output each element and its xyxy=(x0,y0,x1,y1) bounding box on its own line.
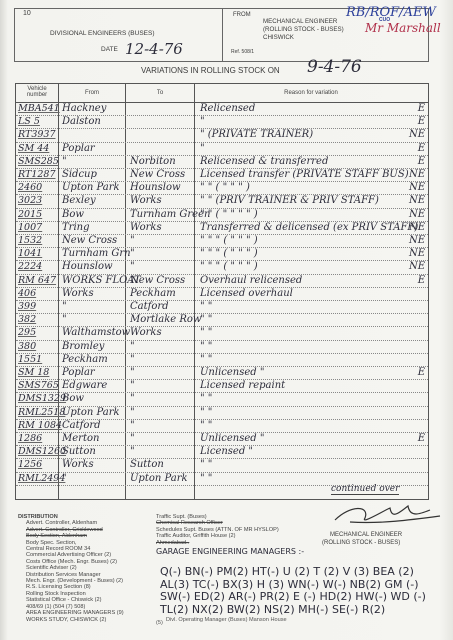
table-row: 1286Merton"Unlicensed "E xyxy=(16,432,428,446)
page-title: VARIATIONS IN ROLLING STOCK ON xyxy=(141,66,280,75)
reason: Licensed " xyxy=(200,445,400,458)
reason: Transferred & delicensed (ex PRIV STAFF) xyxy=(200,221,400,234)
reason: Licensed overhaul xyxy=(200,287,400,300)
from-location: Upton Park xyxy=(62,406,128,419)
table-row: 2015BowTurnham Green" " ( " " " " )NE xyxy=(16,208,428,222)
table-row: 3023BexleyWorks" " (PRIV TRAINER & PRIV … xyxy=(16,194,428,208)
classification xyxy=(403,458,425,471)
table-row: SMS765Edgware"Licensed repaint xyxy=(16,379,428,393)
table-row: 295WalthamstowWorks" " xyxy=(16,326,428,340)
garage-heading: GARAGE ENGINEERING MANAGERS :- xyxy=(156,547,304,557)
reason: Unlicensed " xyxy=(200,432,400,445)
col-reason: Reason for variation xyxy=(196,90,426,96)
from-line3: CHISWICK xyxy=(263,34,294,41)
from-location: Poplar xyxy=(62,366,128,379)
to-location: Works xyxy=(130,326,196,339)
to-location xyxy=(130,115,196,128)
table-row: 1007TringWorksTransferred & delicensed (… xyxy=(16,221,428,235)
from-location: " xyxy=(62,300,128,313)
reason: " " " ( " " " ) xyxy=(200,260,400,273)
table-row: 1041Turnham Grn"" " " ( " " " )NE xyxy=(16,247,428,261)
table-row: 399"Catford" " xyxy=(16,300,428,314)
reason: " " ( " " " " ) xyxy=(200,208,400,221)
classification xyxy=(403,300,425,313)
header-divider xyxy=(222,9,223,61)
from-location: Walthamstow xyxy=(62,326,128,339)
to-location: Turnham Green xyxy=(130,208,196,221)
to-location: Norbiton xyxy=(130,155,196,168)
table-row: 382"Mortlake Row" " xyxy=(16,313,428,327)
table-row: RT3937" (PRIVATE TRAINER)NE xyxy=(16,128,428,142)
classification: NE xyxy=(403,234,425,247)
vehicle-number: RML2494 xyxy=(18,472,58,485)
vehicle-number: 2015 xyxy=(18,208,58,221)
reason: Licensed transfer (PRIVATE STAFF BUS) xyxy=(200,168,400,181)
variations-table: Vehicle number From To Reason for variat… xyxy=(15,83,429,500)
table-row: LS 5Dalston"E xyxy=(16,115,428,129)
to-location: Works xyxy=(130,221,196,234)
classification: NE xyxy=(403,221,425,234)
distribution-left: DISTRIBUTION Advert. Controller, Aldenha… xyxy=(18,514,124,623)
classification xyxy=(403,392,425,405)
from-location xyxy=(62,128,128,141)
vehicle-number: RT1287 xyxy=(18,168,58,181)
distribution-item: AREA ENGINEERING MANAGERS (9) xyxy=(26,610,124,616)
to-location: Hounslow xyxy=(130,181,196,194)
vehicle-number: 382 xyxy=(18,313,58,326)
from-location: Tring xyxy=(62,221,128,234)
from-location: Dalston xyxy=(62,115,128,128)
from-location: Works xyxy=(62,287,128,300)
garage-line: Q(-) BN(-) PM(2) HT(-) U (2) T (2) V (3)… xyxy=(160,566,426,579)
reason: " " xyxy=(200,326,400,339)
reason: Relicensed & transferred xyxy=(200,155,400,168)
classification xyxy=(403,353,425,366)
from-location: Merton xyxy=(62,432,128,445)
table-row: MBA541HackneyRelicensedE xyxy=(16,102,428,116)
div-operating-manager: Divl. Operating Manager (Buses) Manson H… xyxy=(166,617,287,623)
from-location: Turnham Grn xyxy=(62,247,128,260)
to-location: Sutton xyxy=(130,458,196,471)
to-location: Peckham xyxy=(130,287,196,300)
reason: " " xyxy=(200,458,400,471)
vehicle-number: DMS1329 xyxy=(18,392,58,405)
distribution-item: Commercial Advertising Officer (2) xyxy=(26,552,124,558)
recipient: DIVISIONAL ENGINEERS (BUSES) xyxy=(50,30,155,37)
reason: " " xyxy=(200,353,400,366)
reason: " xyxy=(200,142,400,155)
table-row: SM 44Poplar"E xyxy=(16,142,428,156)
to-location: " xyxy=(130,432,196,445)
table-header: Vehicle number From To Reason for variat… xyxy=(16,84,428,103)
table-row: RT1287SidcupNew CrossLicensed transfer (… xyxy=(16,168,428,182)
classification: E xyxy=(403,142,425,155)
classification: NE xyxy=(403,208,425,221)
to-location: Mortlake Row xyxy=(130,313,196,326)
table-row: 2460Upton ParkHounslow" " ( " " " )NE xyxy=(16,181,428,195)
classification xyxy=(403,406,425,419)
vehicle-number: SMS285 xyxy=(18,155,58,168)
to-location xyxy=(130,142,196,155)
vehicle-number: 2460 xyxy=(18,181,58,194)
vehicle-number: MBA541 xyxy=(18,102,58,115)
table-row: 1532New Cross"" " " ( " " " )NE xyxy=(16,234,428,248)
form-number: 10 xyxy=(23,10,31,17)
vehicle-number: SM 44 xyxy=(18,142,58,155)
from-location: Bromley xyxy=(62,340,128,353)
garage-managers-list: Q(-) BN(-) PM(2) HT(-) U (2) T (2) V (3)… xyxy=(160,566,426,616)
table-row: RM 1084Catford"" " xyxy=(16,419,428,433)
vehicle-number: RML2518 xyxy=(18,406,58,419)
classification xyxy=(403,419,425,432)
reason: Relicensed xyxy=(200,102,400,115)
from-location: Sidcup xyxy=(62,168,128,181)
table-row: SM 18Poplar"Unlicensed "E xyxy=(16,366,428,380)
to-location: New Cross xyxy=(130,168,196,181)
to-location: New Cross xyxy=(130,274,196,287)
classification xyxy=(403,287,425,300)
classification xyxy=(403,472,425,485)
to-location: " xyxy=(130,392,196,405)
vehicle-number: RM 1084 xyxy=(18,419,58,432)
routing-annotation: RB/ROF/AEW xyxy=(346,5,436,20)
vehicle-number: 2224 xyxy=(18,260,58,273)
addressee-annotation: Mr Marshall xyxy=(365,21,441,35)
table-row: DMS1329Bow"" " xyxy=(16,392,428,406)
classification: E xyxy=(403,102,425,115)
to-location: Works xyxy=(130,194,196,207)
reason: " (PRIVATE TRAINER) xyxy=(200,128,400,141)
col-vehicle-number: Vehicle number xyxy=(20,86,54,98)
to-location: Catford xyxy=(130,300,196,313)
col-to: To xyxy=(127,90,193,96)
classification: E xyxy=(403,274,425,287)
from-location: Hackney xyxy=(62,102,128,115)
to-location: " xyxy=(130,379,196,392)
from-location: Poplar xyxy=(62,142,128,155)
continued-note: continued over xyxy=(331,484,399,495)
reason: " " xyxy=(200,313,400,326)
reason: " xyxy=(200,115,400,128)
classification xyxy=(403,340,425,353)
table-row: 1551Peckham"" " xyxy=(16,353,428,367)
distribution-right: Traffic Supt. (Buses)Chemical Research O… xyxy=(156,514,304,557)
from-location: Works xyxy=(62,458,128,471)
distribution-item: WORKS STUDY, CHISWICK (2) xyxy=(26,617,124,623)
from-location: Catford xyxy=(62,419,128,432)
to-location: " xyxy=(130,406,196,419)
from-location: New Cross xyxy=(62,234,128,247)
garage-line: SW(-) ED(2) AR(-) PR(2) E (-) HD(2) HW(-… xyxy=(160,591,426,604)
classification xyxy=(403,379,425,392)
table-row: 2224Hounslow"" " " ( " " " )NE xyxy=(16,260,428,274)
table-row: 406WorksPeckhamLicensed overhaul xyxy=(16,287,428,301)
reason: " " xyxy=(200,472,400,485)
table-row: 1256WorksSutton" " xyxy=(16,458,428,472)
signature-line1: MECHANICAL ENGINEER xyxy=(330,532,402,538)
vehicle-number: 295 xyxy=(18,326,58,339)
vehicle-number: SM 18 xyxy=(18,366,58,379)
vehicle-number: SMS765 xyxy=(18,379,58,392)
classification: NE xyxy=(403,194,425,207)
header-box: 10 DIVISIONAL ENGINEERS (BUSES) DATE 12-… xyxy=(14,8,429,62)
from-location: " xyxy=(62,313,128,326)
reason: " " xyxy=(200,300,400,313)
table-row: SMS285"NorbitonRelicensed & transferredE xyxy=(16,155,428,169)
from-location: Bexley xyxy=(62,194,128,207)
issue-date: 12-4-76 xyxy=(125,40,183,58)
from-line2: (ROLLING STOCK - BUSES) xyxy=(263,26,344,33)
vehicle-number: 3023 xyxy=(18,194,58,207)
to-location xyxy=(130,128,196,141)
reason: " " xyxy=(200,406,400,419)
to-location: " xyxy=(130,260,196,273)
to-location: " xyxy=(130,234,196,247)
from-line1: MECHANICAL ENGINEER xyxy=(263,18,337,25)
from-location: Bow xyxy=(62,392,128,405)
signature-line2: (ROLLING STOCK - BUSES) xyxy=(322,540,400,546)
signature-scribble xyxy=(330,500,450,530)
to-location: " xyxy=(130,247,196,260)
reason: " " xyxy=(200,419,400,432)
to-location: " xyxy=(130,340,196,353)
from-location: Edgware xyxy=(62,379,128,392)
reason: " " ( " " " ) xyxy=(200,181,400,194)
vehicle-number: RT3937 xyxy=(18,128,58,141)
reason: " " xyxy=(200,340,400,353)
distribution-item: Ahmedabad.. xyxy=(156,540,304,546)
reason: Overhaul relicensed xyxy=(200,274,400,287)
vehicle-number: 1286 xyxy=(18,432,58,445)
classification xyxy=(403,445,425,458)
classification: NE xyxy=(403,168,425,181)
to-location: Upton Park xyxy=(130,472,196,485)
to-location: " xyxy=(130,445,196,458)
vehicle-number: 1532 xyxy=(18,234,58,247)
reference: Ref. 508/1 xyxy=(231,49,254,55)
from-location: Sutton xyxy=(62,445,128,458)
document-page: 10 DIVISIONAL ENGINEERS (BUSES) DATE 12-… xyxy=(0,0,453,640)
to-location: " xyxy=(130,419,196,432)
from-location: " xyxy=(62,472,128,485)
garage-line: TL(2) NX(2) BW(2) NS(2) MH(-) SE(-) R(2) xyxy=(160,604,426,617)
vehicle-number: 380 xyxy=(18,340,58,353)
reason: Unlicensed " xyxy=(200,366,400,379)
to-location: " xyxy=(130,353,196,366)
from-label: FROM xyxy=(233,12,251,18)
classification: NE xyxy=(403,247,425,260)
to-location xyxy=(130,102,196,115)
table-row: RM 647WORKS FLOATNew CrossOverhaul relic… xyxy=(16,274,428,288)
classification xyxy=(403,313,425,326)
div-operating-count: (5) xyxy=(156,620,163,626)
vehicle-number: 1551 xyxy=(18,353,58,366)
vehicle-number: 399 xyxy=(18,300,58,313)
reason: " " (PRIV TRAINER & PRIV STAFF) xyxy=(200,194,400,207)
classification: NE xyxy=(403,181,425,194)
reason: " " " ( " " " ) xyxy=(200,247,400,260)
to-location: " xyxy=(130,366,196,379)
vehicle-number: 1007 xyxy=(18,221,58,234)
variation-date: 9-4-76 xyxy=(307,57,362,77)
from-location: Peckham xyxy=(62,353,128,366)
date-label: DATE xyxy=(101,46,118,53)
classification: E xyxy=(403,155,425,168)
classification: E xyxy=(403,115,425,128)
vehicle-number: 1041 xyxy=(18,247,58,260)
from-location: Hounslow xyxy=(62,260,128,273)
classification: NE xyxy=(403,128,425,141)
from-location: WORKS FLOAT xyxy=(62,274,128,287)
from-location: Bow xyxy=(62,208,128,221)
table-row: RML2518Upton Park"" " xyxy=(16,406,428,420)
from-location: " xyxy=(62,155,128,168)
vehicle-number: LS 5 xyxy=(18,115,58,128)
from-location: Upton Park xyxy=(62,181,128,194)
vehicle-number: RM 647 xyxy=(18,274,58,287)
reason: " " xyxy=(200,392,400,405)
classification: E xyxy=(403,366,425,379)
vehicle-number: DMS1260 xyxy=(18,445,58,458)
reason: Licensed repaint xyxy=(200,379,400,392)
vehicle-number: 1256 xyxy=(18,458,58,471)
col-from: From xyxy=(60,90,124,96)
table-row: DMS1260Sutton"Licensed " xyxy=(16,445,428,459)
classification xyxy=(403,326,425,339)
classification: NE xyxy=(403,260,425,273)
table-row: 380Bromley"" " xyxy=(16,340,428,354)
vehicle-number: 406 xyxy=(18,287,58,300)
classification: E xyxy=(403,432,425,445)
reason: " " " ( " " " ) xyxy=(200,234,400,247)
